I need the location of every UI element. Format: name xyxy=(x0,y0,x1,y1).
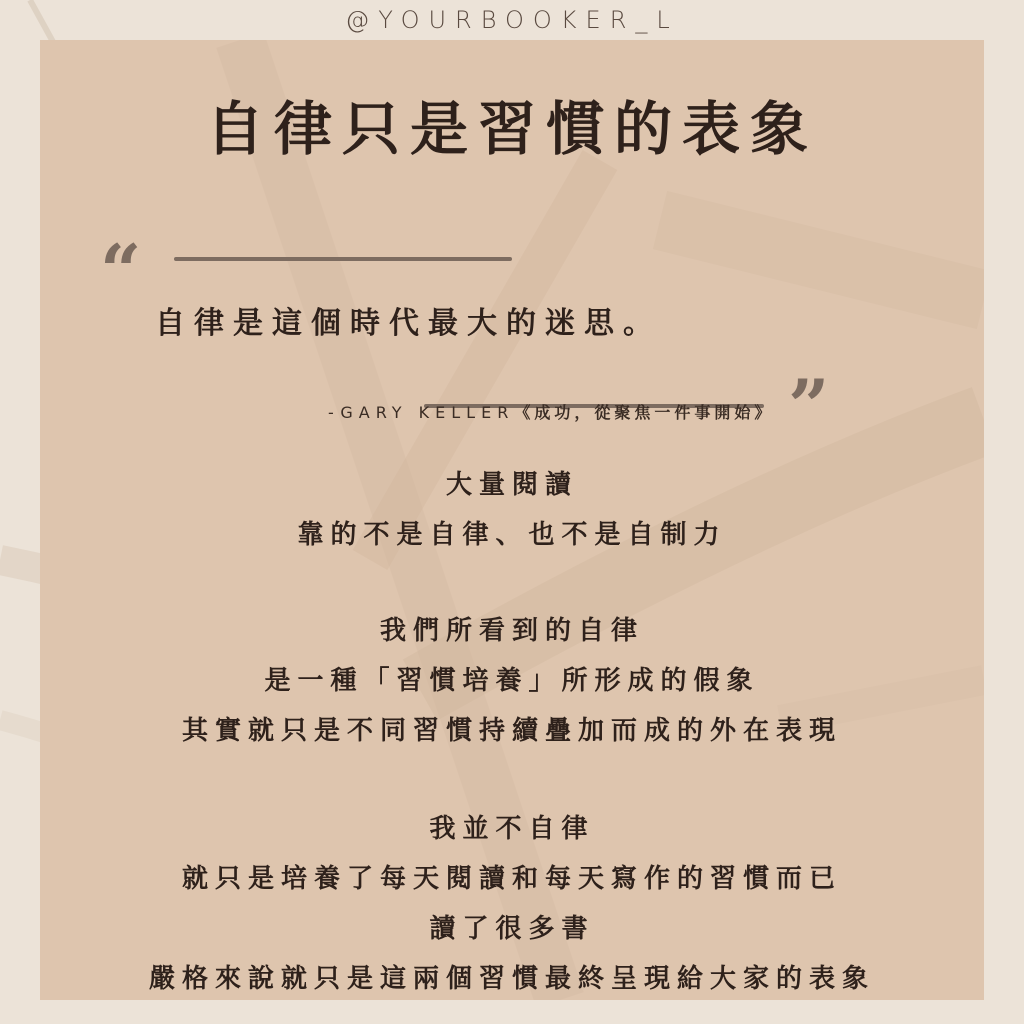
paragraph-1: 大量閱讀 靠的不是自律、也不是自制力 xyxy=(40,460,984,560)
quote-divider-top xyxy=(174,257,512,261)
paragraph-line: 就只是培養了每天閱讀和每天寫作的習慣而已 xyxy=(40,854,984,904)
post-title: 自律只是習慣的表象 xyxy=(40,82,984,166)
quote-attribution: -GARY KELLER《成功，從聚焦一件事開始》 xyxy=(328,400,774,423)
quote-text: 自律是這個時代最大的迷思。 xyxy=(155,298,855,342)
paragraph-line: 大量閱讀 xyxy=(40,460,984,510)
paragraph-line: 我並不自律 xyxy=(40,804,984,854)
paragraph-line: 讀了很多書 xyxy=(40,904,984,954)
right-double-quote-icon: ” xyxy=(788,370,829,442)
paragraph-line: 我們所看到的自律 xyxy=(40,606,984,656)
attribution-book: 《成功，從聚焦一件事開始》 xyxy=(514,403,774,422)
paragraph-2: 我們所看到的自律 是一種「習慣培養」所形成的假象 其實就只是不同習慣持續疊加而成… xyxy=(40,606,984,756)
paragraph-line: 其實就只是不同習慣持續疊加而成的外在表現 xyxy=(40,706,984,756)
account-handle: @YOURBOOKER_L xyxy=(0,6,1024,34)
paragraph-line: 嚴格來說就只是這兩個習慣最終呈現給大家的表象 xyxy=(40,954,984,1000)
content-panel: 自律只是習慣的表象 “ 自律是這個時代最大的迷思。 ” -GARY KELLER… xyxy=(40,40,984,1000)
attribution-author: -GARY KELLER xyxy=(328,403,514,422)
paragraph-3: 我並不自律 就只是培養了每天閱讀和每天寫作的習慣而已 讀了很多書 嚴格來說就只是… xyxy=(40,804,984,1000)
paragraph-line: 是一種「習慣培養」所形成的假象 xyxy=(40,656,984,706)
left-double-quote-icon: “ xyxy=(100,235,141,307)
paragraph-line: 靠的不是自律、也不是自制力 xyxy=(40,510,984,560)
